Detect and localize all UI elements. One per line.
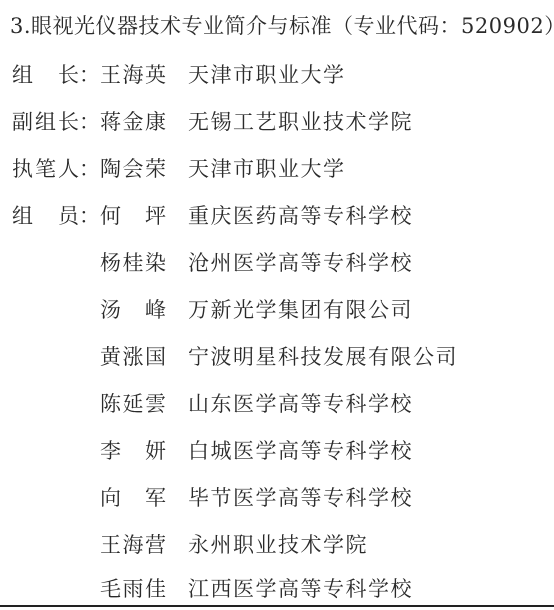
member-organization: 沧州医学高等专科学校 [188,248,413,278]
member-row: 王 海 营 永州职业技术学院 [0,530,554,560]
member-row: 陈 延 雲 山东医学高等专科学校 [0,389,554,419]
role-label: 副 组 长： [12,107,100,137]
member-name: 王 海 营 [100,530,166,560]
member-name: 陈 延 雲 [100,389,166,419]
member-row-deputy-leader: 副 组 长： 蒋 金 康 无锡工艺职业技术学院 [0,107,554,137]
member-organization: 天津市职业大学 [188,154,346,184]
member-name: 王 海 英 [100,60,166,90]
member-organization: 重庆医药高等专科学校 [188,201,413,231]
member-name: 何 坪 [100,201,166,231]
member-name: 汤 峰 [100,295,166,325]
member-organization: 永州职业技术学院 [188,530,368,560]
member-name: 黄 涨 国 [100,342,166,372]
member-name: 蒋 金 康 [100,107,166,137]
member-organization: 山东医学高等专科学校 [188,389,413,419]
member-name: 李 妍 [100,436,166,466]
member-organization: 无锡工艺职业技术学院 [188,107,413,137]
member-row: 汤 峰 万新光学集团有限公司 [0,295,554,325]
member-name: 向 军 [100,483,166,513]
member-name: 杨 桂 染 [100,248,166,278]
member-row: 杨 桂 染 沧州医学高等专科学校 [0,248,554,278]
member-organization: 万新光学集团有限公司 [188,295,413,325]
member-row-group-leader: 组 长： 王 海 英 天津市职业大学 [0,60,554,90]
role-label: 组 员： [12,201,100,231]
role-label: 组 长： [12,60,100,90]
member-organization: 白城医学高等专科学校 [188,436,413,466]
member-row: 黄 涨 国 宁波明星科技发展有限公司 [0,342,554,372]
member-row: 向 军 毕节医学高等专科学校 [0,483,554,513]
member-row-members: 组 员： 何 坪 重庆医药高等专科学校 [0,201,554,231]
member-organization: 天津市职业大学 [188,60,346,90]
section-title: 3.眼视光仪器技术专业简介与标准（专业代码：520902） [10,12,554,40]
member-row: 毛 雨 佳 江西医学高等专科学校 [0,574,554,604]
member-organization: 宁波明星科技发展有限公司 [188,342,458,372]
member-organization: 毕节医学高等专科学校 [188,483,413,513]
member-row-writer: 执 笔 人： 陶 会 荣 天津市职业大学 [0,154,554,184]
member-row: 李 妍 白城医学高等专科学校 [0,436,554,466]
member-name: 毛 雨 佳 [100,574,166,604]
member-organization: 江西医学高等专科学校 [188,574,413,604]
page-bottom-divider [0,605,554,607]
member-name: 陶 会 荣 [100,154,166,184]
role-label: 执 笔 人： [12,154,100,184]
